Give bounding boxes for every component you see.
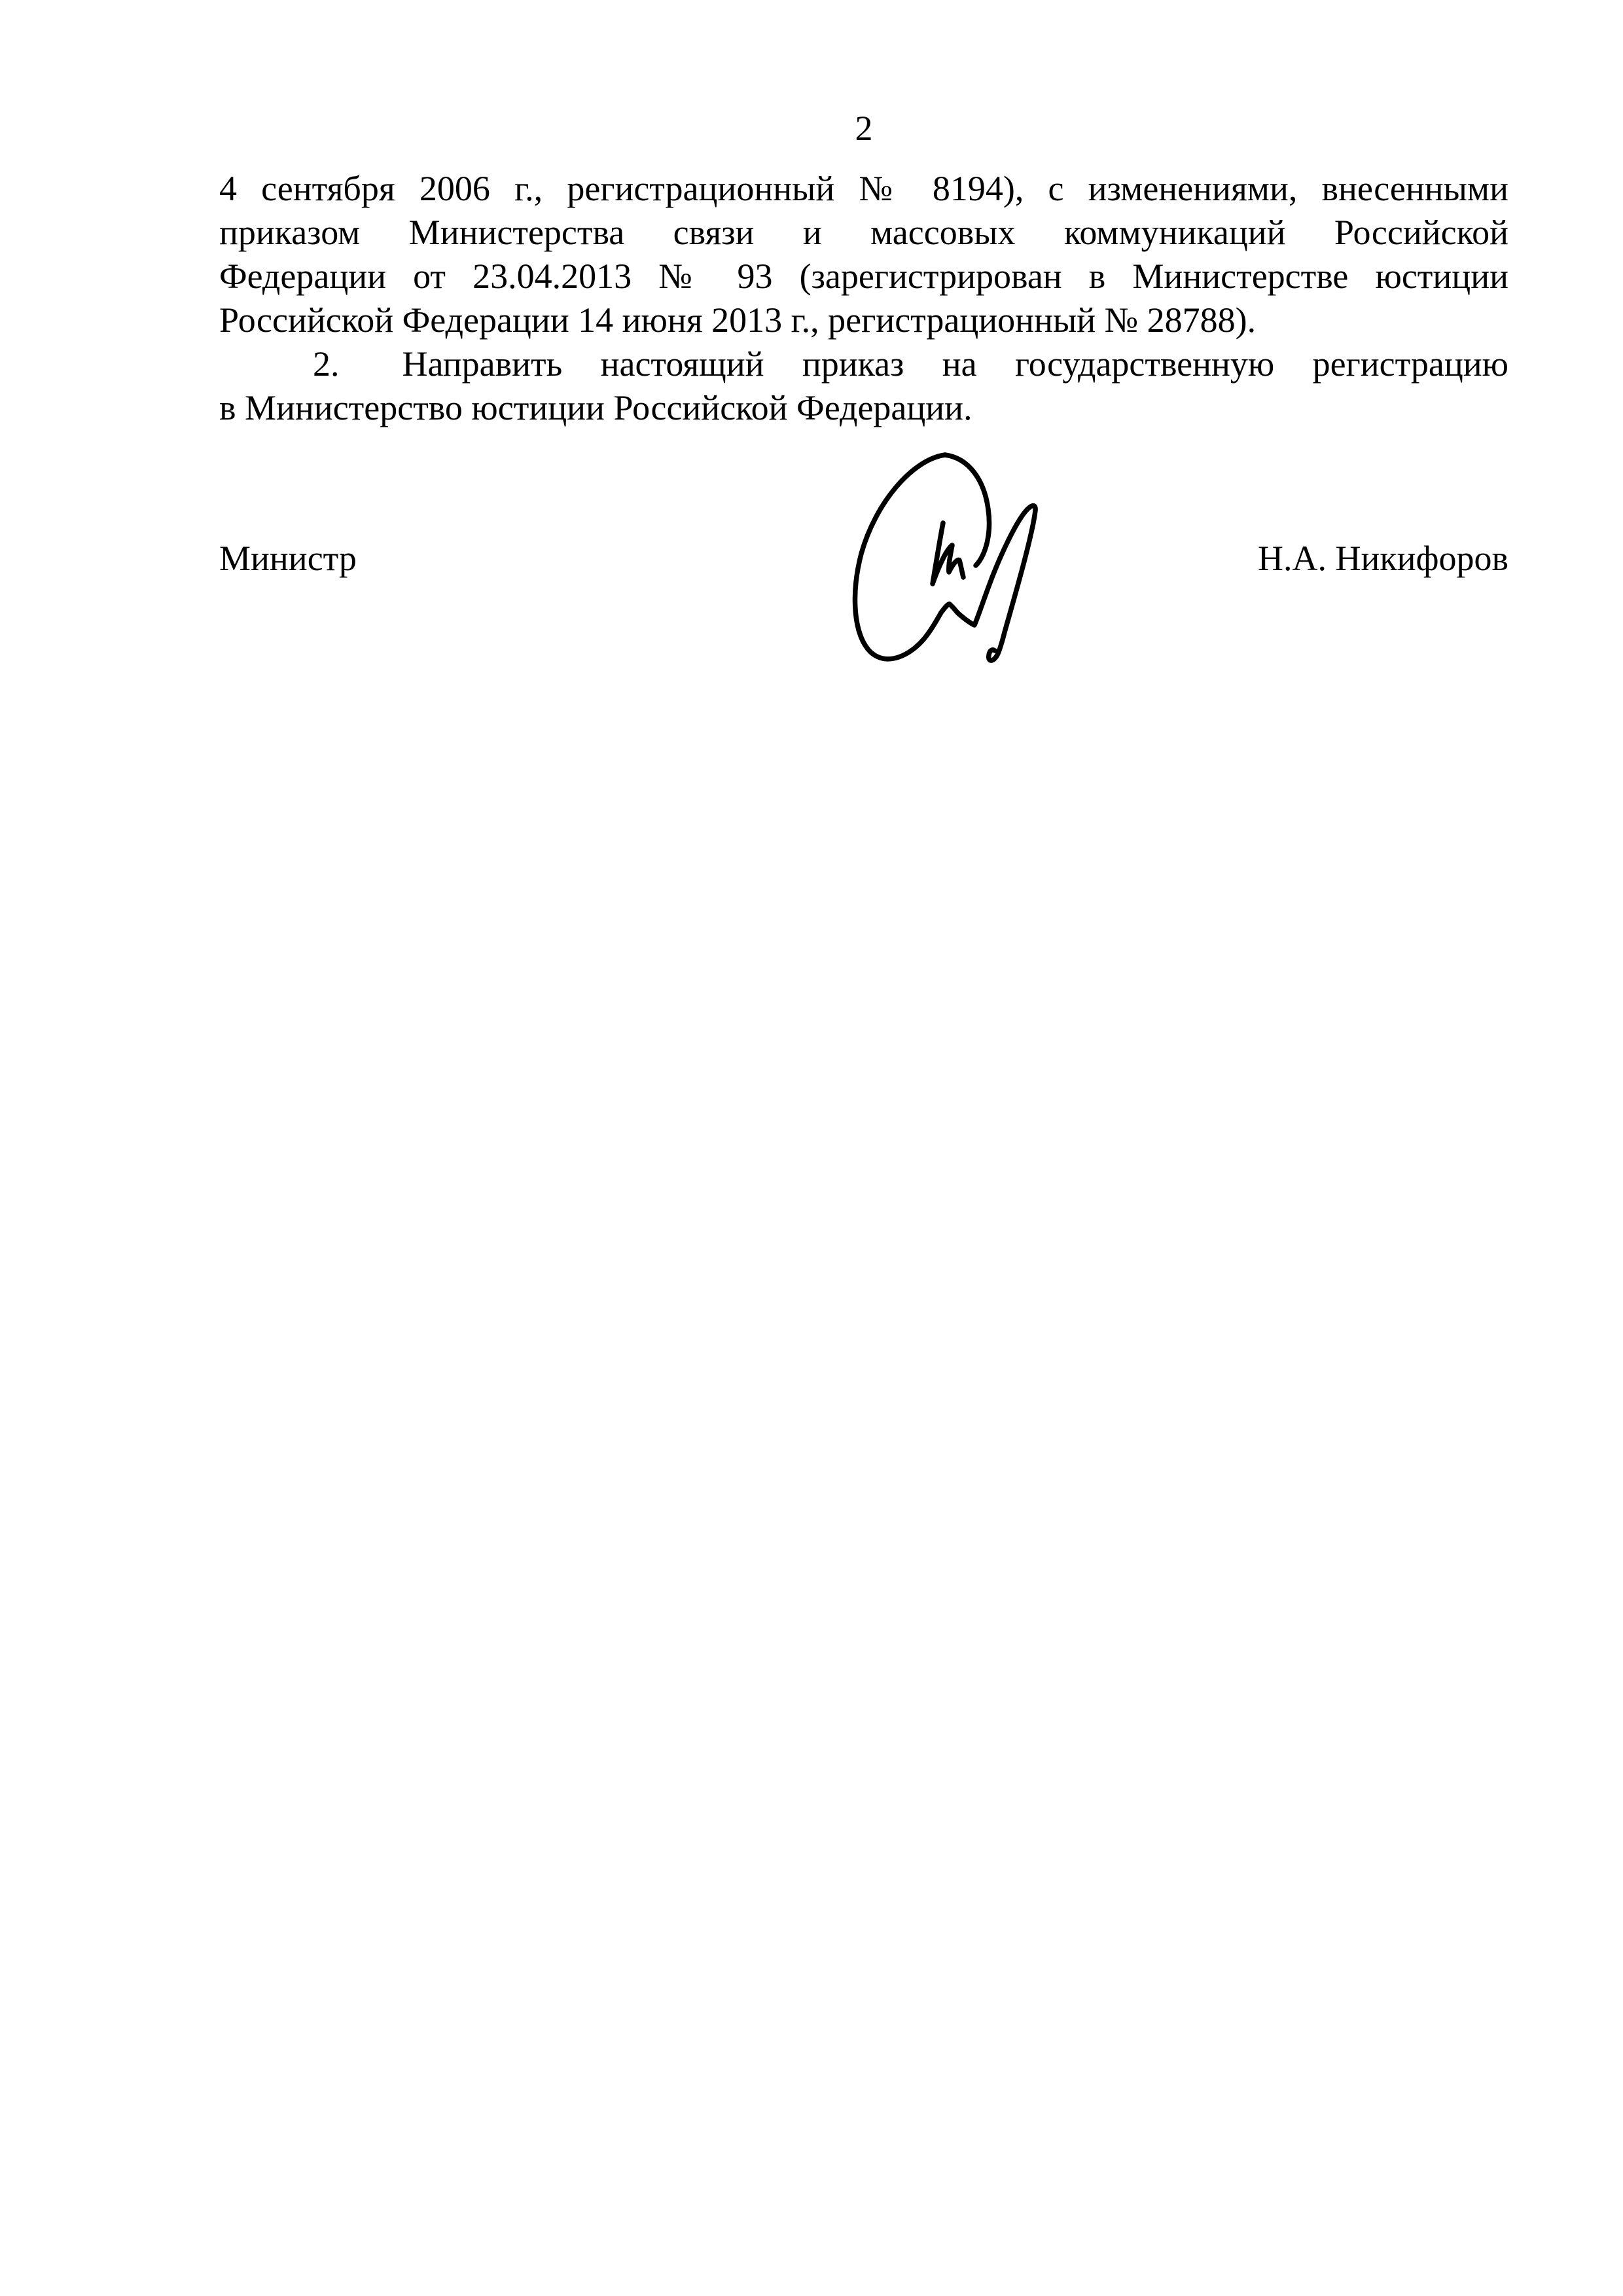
handwritten-signature-icon	[849, 449, 1041, 666]
para1-line-4: Российской Федерации 14 июня 2013 г., ре…	[219, 298, 1508, 342]
para1-line-3: Федерации от 23.04.2013 № 93 (зарегистри…	[219, 255, 1508, 298]
document-page: 2 4 сентября 2006 г., регистрационный № …	[0, 0, 1623, 2296]
para2-line-2: в Министерство юстиции Российской Федера…	[219, 386, 1508, 430]
para1-line-1: 4 сентября 2006 г., регистрационный № 81…	[219, 167, 1508, 211]
signature-stroke-squiggle	[933, 523, 963, 584]
para1-line-2: приказом Министерства связи и массовых к…	[219, 211, 1508, 255]
page-number: 2	[219, 107, 1508, 151]
list-item-number: 2.	[313, 344, 340, 384]
para2-line-1: 2.Направить настоящий приказ на государс…	[219, 342, 1508, 386]
para2-line-1-text: Направить настоящий приказ на государств…	[402, 344, 1509, 384]
document-body: 4 сентября 2006 г., регистрационный № 81…	[219, 167, 1508, 430]
minister-title: Министр	[219, 537, 357, 581]
signer-name: Н.А. Никифоров	[1258, 537, 1508, 581]
